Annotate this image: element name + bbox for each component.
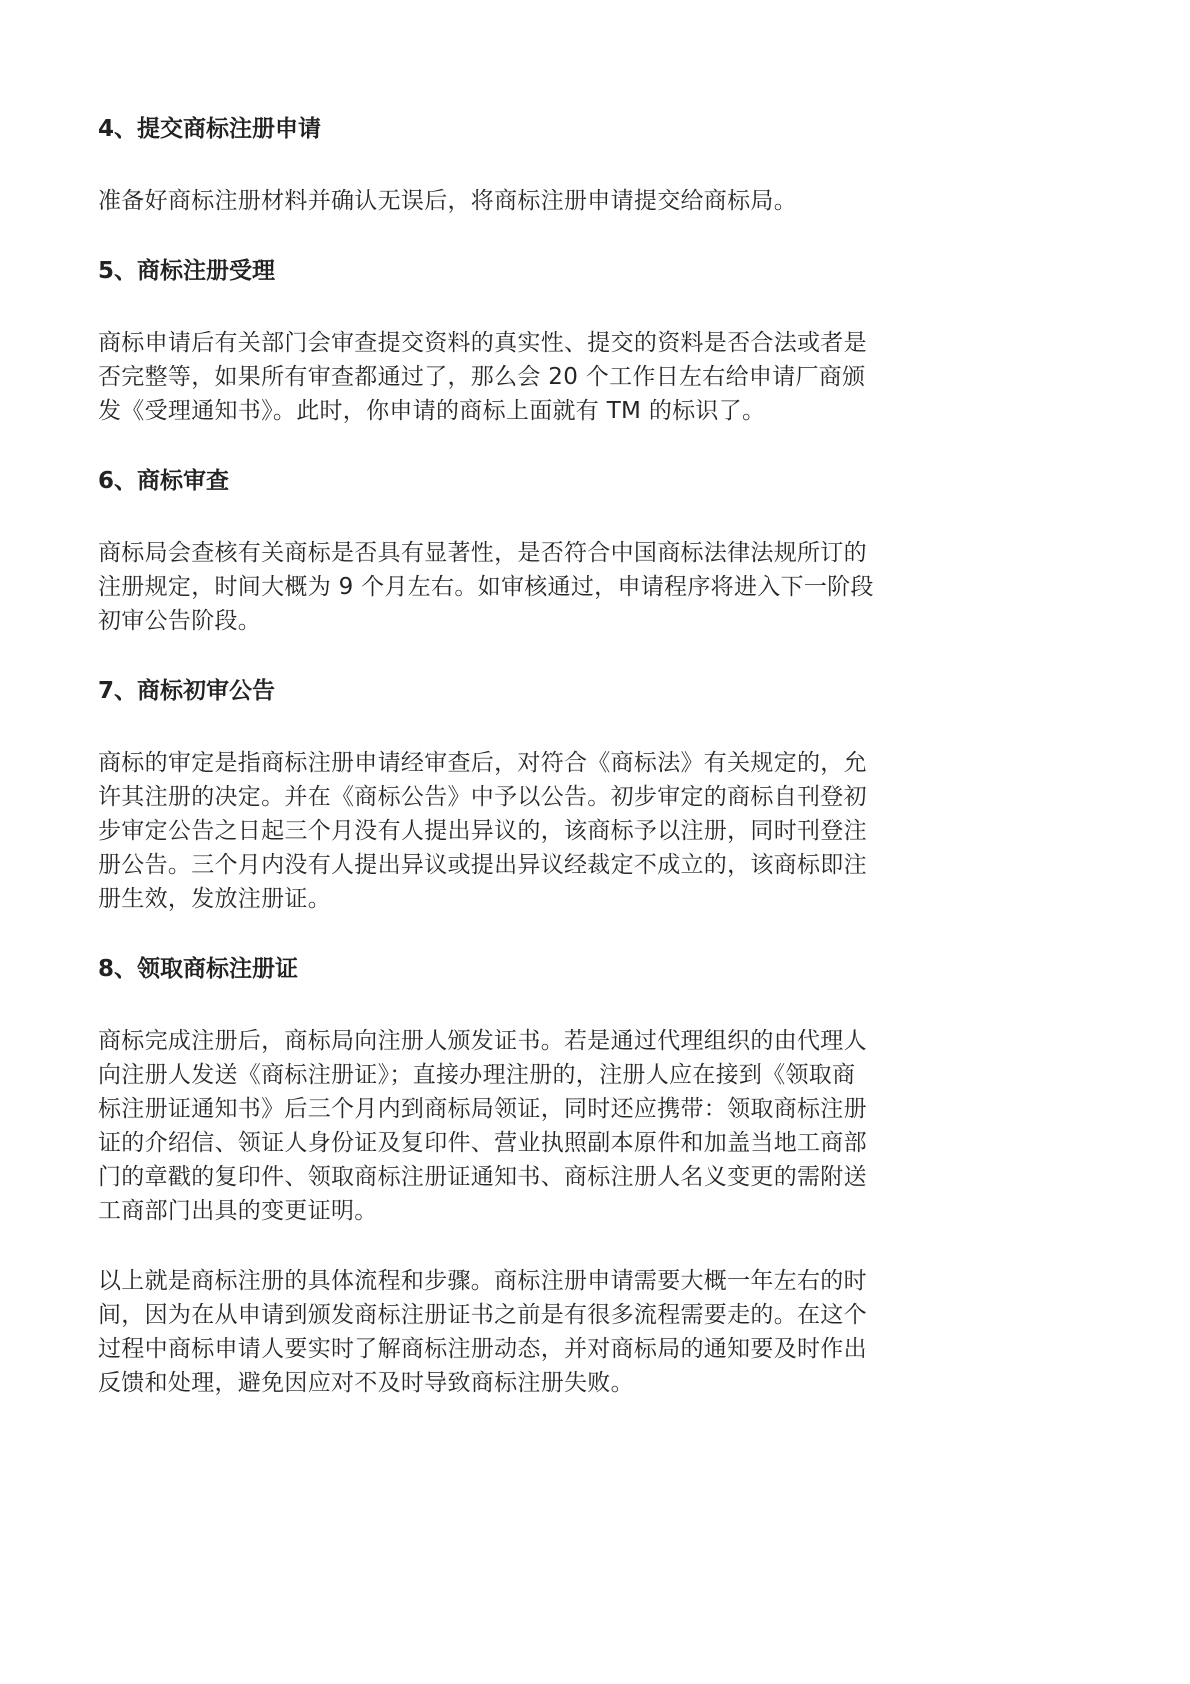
text-line: 册生效，发放注册证。 bbox=[98, 882, 978, 916]
section-heading-7: 7、商标初审公告 bbox=[98, 674, 978, 708]
text-line: 工商部门出具的变更证明。 bbox=[98, 1194, 978, 1228]
text-line: 标注册证通知书》后三个月内到商标局领证，同时还应携带：领取商标注册 bbox=[98, 1092, 978, 1126]
text-line: 过程中商标申请人要实时了解商标注册动态，并对商标局的通知要及时作出 bbox=[98, 1332, 978, 1366]
section-body-7: 商标的审定是指商标注册申请经审查后，对符合《商标法》有关规定的，允 许其注册的决… bbox=[98, 746, 978, 916]
text-line: 门的章戳的复印件、领取商标注册证通知书、商标注册人名义变更的需附送 bbox=[98, 1160, 978, 1194]
text-line: 发《受理通知书》。此时，你申请的商标上面就有 TM 的标识了。 bbox=[98, 394, 978, 428]
text-line: 商标局会查核有关商标是否具有显著性，是否符合中国商标法律法规所订的 bbox=[98, 536, 978, 570]
text-line: 初审公告阶段。 bbox=[98, 604, 978, 638]
document-page: 4、提交商标注册申请 准备好商标注册材料并确认无误后，将商标注册申请提交给商标局… bbox=[98, 112, 978, 1436]
text-line: 向注册人发送《商标注册证》；直接办理注册的，注册人应在接到《领取商 bbox=[98, 1058, 978, 1092]
text-line: 注册规定，时间大概为 9 个月左右。如审核通过，申请程序将进入下一阶段 bbox=[98, 570, 978, 604]
text-line: 间，因为在从申请到颁发商标注册证书之前是有很多流程需要走的。在这个 bbox=[98, 1298, 978, 1332]
section-body-5: 商标申请后有关部门会审查提交资料的真实性、提交的资料是否合法或者是 否完整等，如… bbox=[98, 326, 978, 428]
section-body-8: 商标完成注册后，商标局向注册人颁发证书。若是通过代理组织的由代理人 向注册人发送… bbox=[98, 1024, 978, 1228]
text-line: 否完整等，如果所有审查都通过了，那么会 20 个工作日左右给申请厂商颁 bbox=[98, 360, 978, 394]
text-line: 以上就是商标注册的具体流程和步骤。商标注册申请需要大概一年左右的时 bbox=[98, 1264, 978, 1298]
conclusion-paragraph: 以上就是商标注册的具体流程和步骤。商标注册申请需要大概一年左右的时 间，因为在从… bbox=[98, 1264, 978, 1400]
section-heading-4: 4、提交商标注册申请 bbox=[98, 112, 978, 146]
section-body-6: 商标局会查核有关商标是否具有显著性，是否符合中国商标法律法规所订的 注册规定，时… bbox=[98, 536, 978, 638]
text-line: 反馈和处理，避免因应对不及时导致商标注册失败。 bbox=[98, 1366, 978, 1400]
section-heading-5: 5、商标注册受理 bbox=[98, 254, 978, 288]
text-line: 商标完成注册后，商标局向注册人颁发证书。若是通过代理组织的由代理人 bbox=[98, 1024, 978, 1058]
section-body-4: 准备好商标注册材料并确认无误后，将商标注册申请提交给商标局。 bbox=[98, 184, 978, 218]
section-heading-8: 8、领取商标注册证 bbox=[98, 952, 978, 986]
text-line: 准备好商标注册材料并确认无误后，将商标注册申请提交给商标局。 bbox=[98, 184, 978, 218]
text-line: 步审定公告之日起三个月没有人提出异议的，该商标予以注册，同时刊登注 bbox=[98, 814, 978, 848]
text-line: 许其注册的决定。并在《商标公告》中予以公告。初步审定的商标自刊登初 bbox=[98, 780, 978, 814]
section-heading-6: 6、商标审查 bbox=[98, 464, 978, 498]
text-line: 商标的审定是指商标注册申请经审查后，对符合《商标法》有关规定的，允 bbox=[98, 746, 978, 780]
text-line: 证的介绍信、领证人身份证及复印件、营业执照副本原件和加盖当地工商部 bbox=[98, 1126, 978, 1160]
text-line: 商标申请后有关部门会审查提交资料的真实性、提交的资料是否合法或者是 bbox=[98, 326, 978, 360]
text-line: 册公告。三个月内没有人提出异议或提出异议经裁定不成立的，该商标即注 bbox=[98, 848, 978, 882]
